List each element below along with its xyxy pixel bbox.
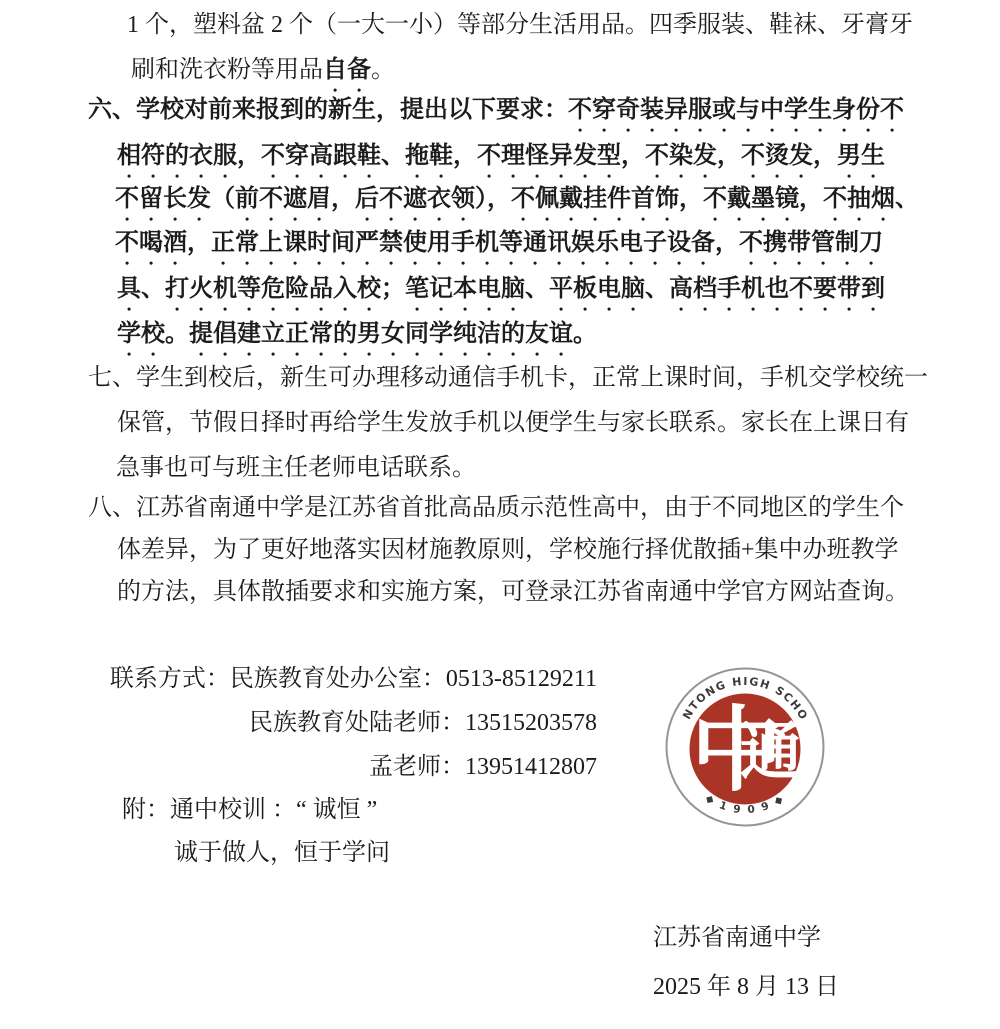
text-segment: 刷和洗衣粉等用品 — [131, 57, 323, 83]
text-segment: 不喝酒，正常上课时间严禁使用手机等通讯娱乐电子设备，不携带管制刀 — [115, 230, 883, 256]
text-segment: 。 — [371, 57, 395, 83]
body-line-10: 保管，节假日择时再给学生发放手机以便学生与家长联系。家长在上课日有 — [117, 407, 909, 439]
body-line-14: 的方法，具体散插要求和实施方案，可登录江苏省南通中学官方网站查询。 — [117, 576, 909, 608]
motto-title-line: 附：通中校训 ：“ 诚恒 ” — [122, 794, 377, 826]
body-line-1: 1 个，塑料盆 2 个（一大一小）等部分生活用品。四季服装、鞋袜、牙膏牙 — [127, 9, 913, 41]
body-line-8: 学校。提倡建立正常的男女同学纯洁的友谊。 — [117, 318, 597, 361]
text-segment: 六、学校对前来报到的新生，提出以下要求： — [88, 97, 568, 123]
body-line-9: 七、学生到校后，新生可办理移动通信手机卡，正常上课时间，手机交学校统一 — [88, 362, 928, 394]
body-line-4: 相符的衣服，不穿高跟鞋、拖鞋，不理怪异发型，不染发，不烫发，男生 — [117, 140, 885, 183]
body-line-11: 急事也可与班主任老师电话联系。 — [116, 452, 476, 484]
seal-center-char-secondary: 通 — [740, 719, 802, 787]
school-seal: NANTONG HIGH SCHOOL ◆ 1 9 0 9 ◆ 中 通 — [655, 657, 835, 837]
body-line-13: 体差异，为了更好地落实因材施教原则，学校施行择优散插+集中办班教学 — [117, 534, 899, 566]
text-segment: 不穿奇装异服或与中学生身份不 — [568, 97, 904, 123]
text-segment: 具、打火机等危险品入校；笔记本电脑、平板电脑、高档手机也不要带到 — [117, 276, 885, 302]
body-line-6: 不喝酒，正常上课时间严禁使用手机等通讯娱乐电子设备，不携带管制刀 — [115, 227, 883, 270]
text-segment: 1 个，塑料盆 2 个（一大一小）等部分生活用品。四季服装、鞋袜、牙膏牙 — [127, 12, 913, 38]
text-segment: 保管，节假日择时再给学生发放手机以便学生与家长联系。家长在上课日有 — [117, 410, 909, 436]
signature-school: 江苏省南通中学 — [653, 922, 821, 954]
contact-teacher-lu: 民族教育处陆老师：13515203578 — [75, 707, 597, 739]
text-segment: 不留长发（前不遮眉，后不遮衣领），不佩戴挂件首饰，不戴墨镜，不抽烟、 — [115, 186, 919, 212]
text-segment: 相符的衣服，不穿高跟鞋、拖鞋，不理怪异发型，不染发，不烫发，男生 — [117, 143, 885, 169]
body-line-2: 刷和洗衣粉等用品自备。 — [131, 54, 395, 97]
text-segment: 八、江苏省南通中学是江苏省首批高品质示范性高中，由于不同地区的学生个 — [88, 495, 904, 521]
motto-text-line: 诚于做人，恒于学问 — [174, 837, 390, 869]
contact-teacher-meng: 孟老师：13951412807 — [75, 751, 597, 783]
text-segment: 体差异，为了更好地落实因材施教原则，学校施行择优散插+集中办班教学 — [117, 537, 899, 563]
body-line-3: 六、学校对前来报到的新生，提出以下要求：不穿奇装异服或与中学生身份不 — [88, 94, 904, 137]
document-page: 1 个，塑料盆 2 个（一大一小）等部分生活用品。四季服装、鞋袜、牙膏牙 刷和洗… — [0, 0, 1000, 1029]
body-line-5: 不留长发（前不遮眉，后不遮衣领），不佩戴挂件首饰，不戴墨镜，不抽烟、 — [115, 183, 919, 226]
text-segment: 学校。提倡建立正常的男女同学纯洁的友谊。 — [117, 321, 597, 347]
text-segment: 急事也可与班主任老师电话联系。 — [116, 455, 476, 481]
text-segment: 七、学生到校后，新生可办理移动通信手机卡，正常上课时间，手机交学校统一 — [88, 365, 928, 391]
contact-office-line: 联系方式：民族教育处办公室：0513-85129211 — [75, 663, 597, 695]
signature-date: 2025 年 8 月 13 日 — [653, 971, 839, 1003]
body-line-12: 八、江苏省南通中学是江苏省首批高品质示范性高中，由于不同地区的学生个 — [88, 492, 904, 524]
text-segment: 自备 — [323, 57, 371, 83]
text-segment: 的方法，具体散插要求和实施方案，可登录江苏省南通中学官方网站查询。 — [117, 579, 909, 605]
body-line-7: 具、打火机等危险品入校；笔记本电脑、平板电脑、高档手机也不要带到 — [117, 273, 885, 316]
